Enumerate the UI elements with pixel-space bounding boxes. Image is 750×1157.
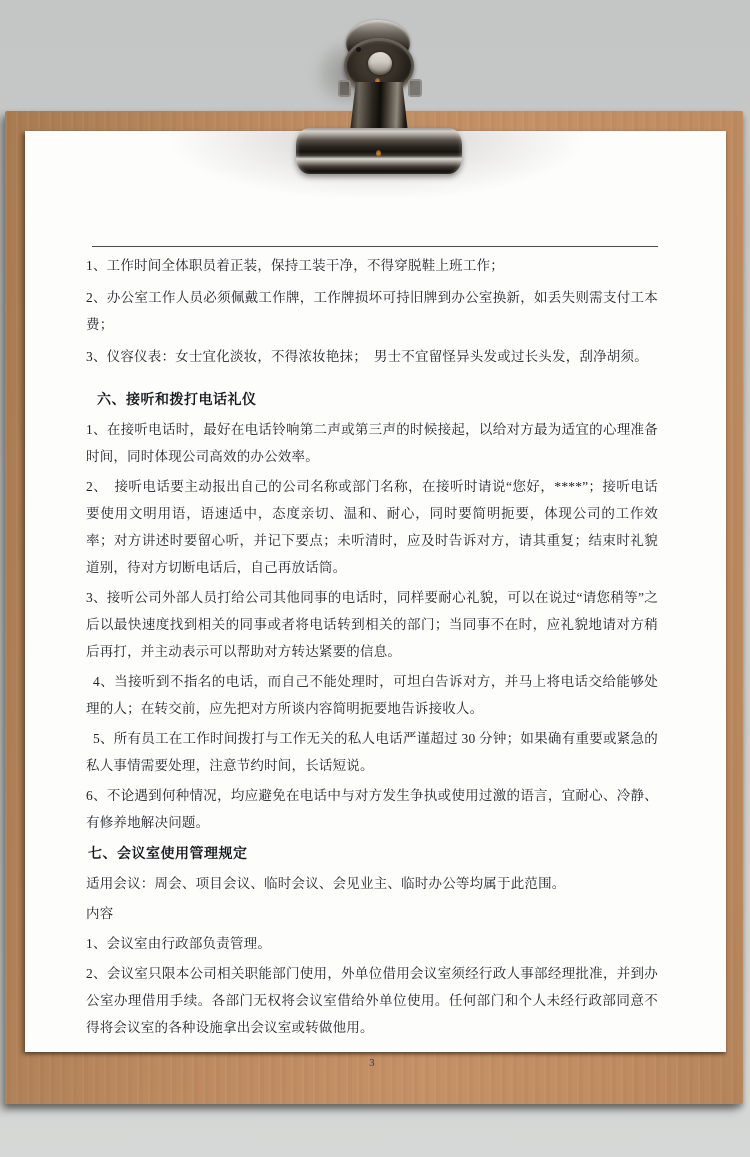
photo-backdrop: 1、工作时间全体职员着正装，保持工装干净，不得穿脱鞋上班工作； 2、办公室工作人… [0, 0, 750, 1157]
clip-rivet [356, 47, 361, 52]
section-heading-meeting-room: 七、会议室使用管理规定 [86, 841, 658, 868]
clip-knob [344, 38, 414, 94]
paragraph: 1、在接听电话时，最好在电话铃响第二声或第三声的时候接起，以给对方最为适宜的心理… [86, 416, 658, 470]
paragraph: 适用会议：周会、项目会议、临时会议、会见业主、临时办公等均属于此范围。 [86, 870, 658, 897]
clip-knob-hole [368, 52, 392, 75]
page-number: 3 [86, 1050, 658, 1077]
list-item: 2、会议室只限本公司相关职能部门使用，外单位借用会议室须经行政人事部经理批准，并… [86, 960, 658, 1041]
paragraph: 6、不论遇到何种情况，均应避免在电话中与对方发生争执或使用过激的语言，宜耐心、冷… [86, 782, 658, 836]
clip-shadow [302, 28, 398, 120]
clip-glint [375, 78, 380, 84]
section-heading-phone-etiquette: 六、接听和拨打电话礼仪 [86, 387, 658, 414]
clip-knob-rim [346, 20, 410, 66]
clip-wire-handle [338, 80, 351, 97]
clip-wire-handle [408, 79, 422, 97]
paragraph: 内容 [86, 900, 658, 927]
list-item: 1、工作时间全体职员着正装，保持工装干净，不得穿脱鞋上班工作； [86, 252, 658, 279]
list-item: 3、仪容仪表：女士宜化淡妆，不得浓妆艳抹； 男士不宜留怪异头发或过长头发，刮净胡… [86, 343, 658, 370]
paragraph: 3、接听公司外部人员打给公司其他同事的电话时，同样要耐心礼貌，可以在说过“请您稍… [86, 584, 658, 665]
paragraph: 4、当接听到不指名的电话，而自己不能处理时，可坦白告诉对方，并马上将电话交给能够… [86, 668, 658, 722]
divider-line [92, 246, 658, 247]
clip-shadow-on-paper [25, 131, 726, 241]
list-item: 2、办公室工作人员必须佩戴工作牌，工作牌损坏可持旧牌到办公室换新，如丢失则需支付… [86, 284, 658, 338]
list-item: 1、会议室由行政部负责管理。 [86, 930, 658, 957]
document-page: 1、工作时间全体职员着正装，保持工装干净，不得穿脱鞋上班工作； 2、办公室工作人… [25, 131, 726, 1052]
paragraph: 2、 接听电话要主动报出自己的公司名称或部门名称，在接听时请说“您好，****”… [86, 473, 658, 581]
paragraph: 5、所有员工在工作时间拨打与工作无关的私人电话严谨超过 30 分钟；如果确有重要… [86, 725, 658, 779]
document-content: 1、工作时间全体职员着正装，保持工装干净，不得穿脱鞋上班工作； 2、办公室工作人… [86, 246, 658, 1077]
